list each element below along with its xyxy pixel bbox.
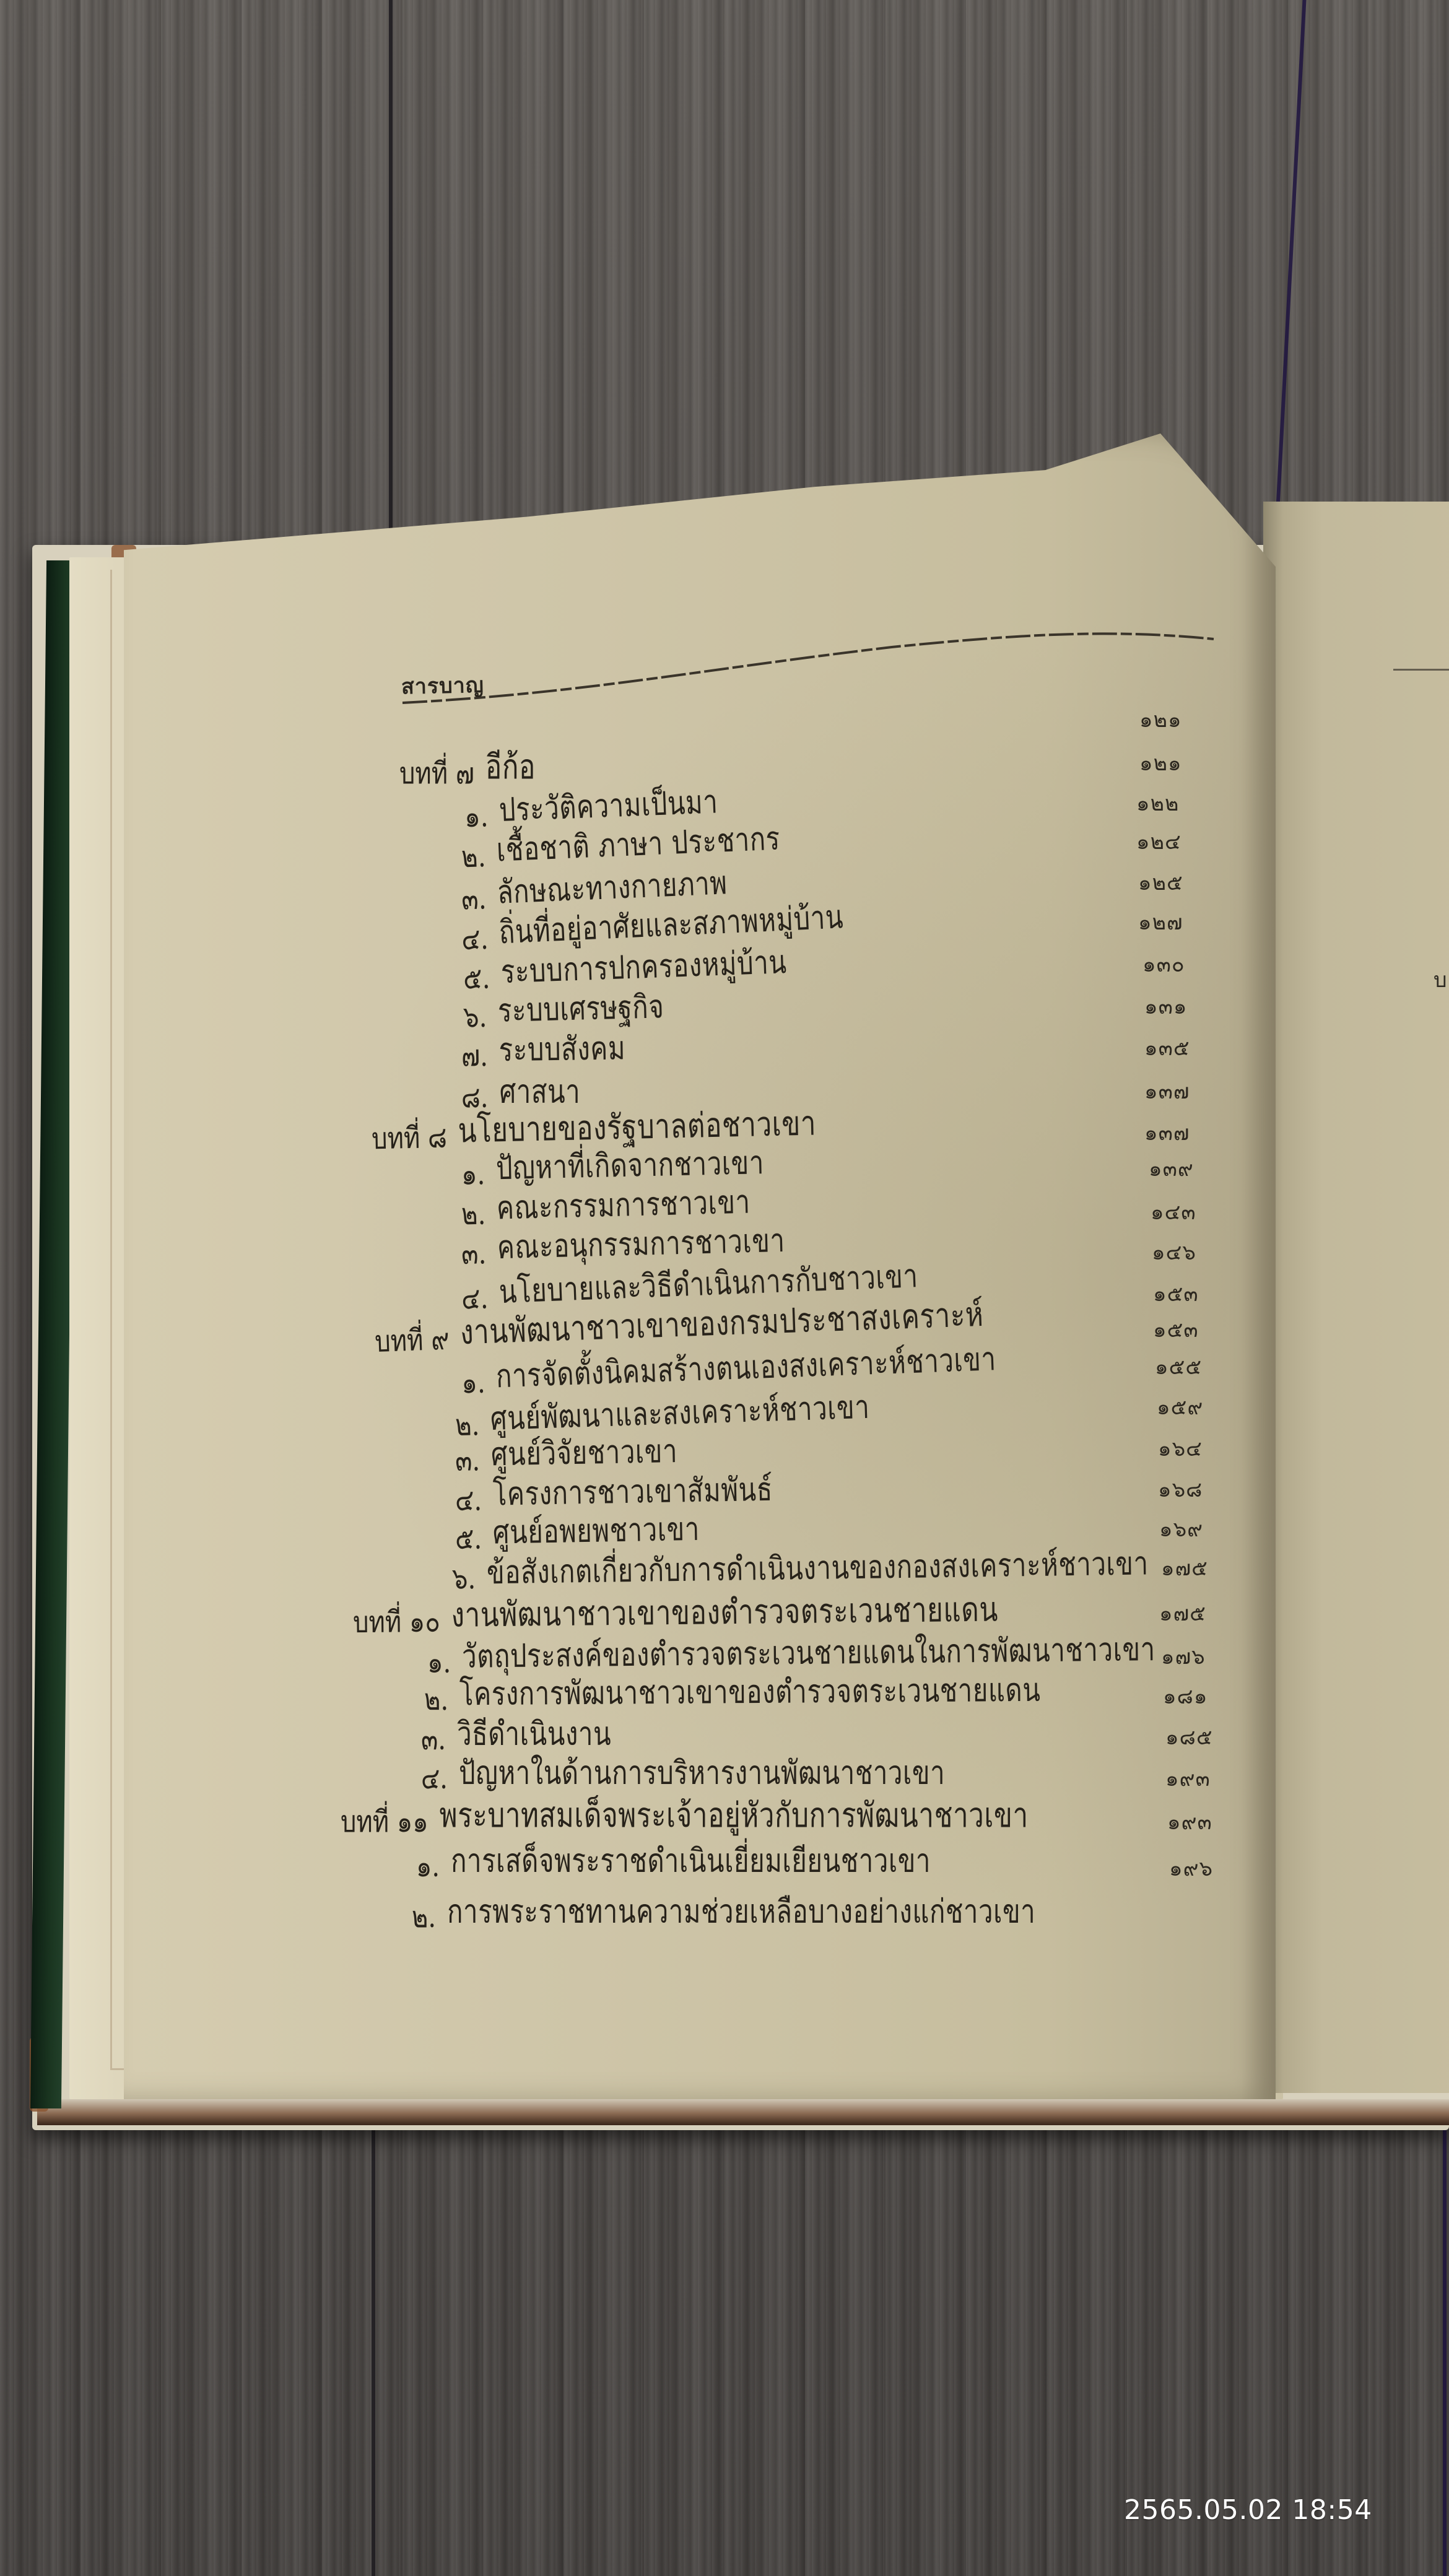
header-rule-line [396, 625, 1214, 706]
book-bottom-edge [37, 2099, 1449, 2125]
photo-timestamp: 2565.05.02 18:54 [1124, 2494, 1372, 2526]
wood-plank-seam [1276, 0, 1307, 508]
right-page [1263, 502, 1449, 2093]
right-page-text-fragment: บ [1434, 963, 1447, 996]
toc-heading: สารบาญ [401, 668, 484, 703]
right-page-header-rule [1393, 669, 1449, 671]
photo-scene: บ สารบาญ ๑๒๑ บทที่ ๗อีก้อ ๑๒๑ ๑.ประวัติค… [0, 0, 1449, 2576]
wood-plank-seam [372, 2130, 375, 2576]
wood-plank-seam [389, 0, 393, 557]
wood-plank-seam [1443, 2105, 1447, 2576]
